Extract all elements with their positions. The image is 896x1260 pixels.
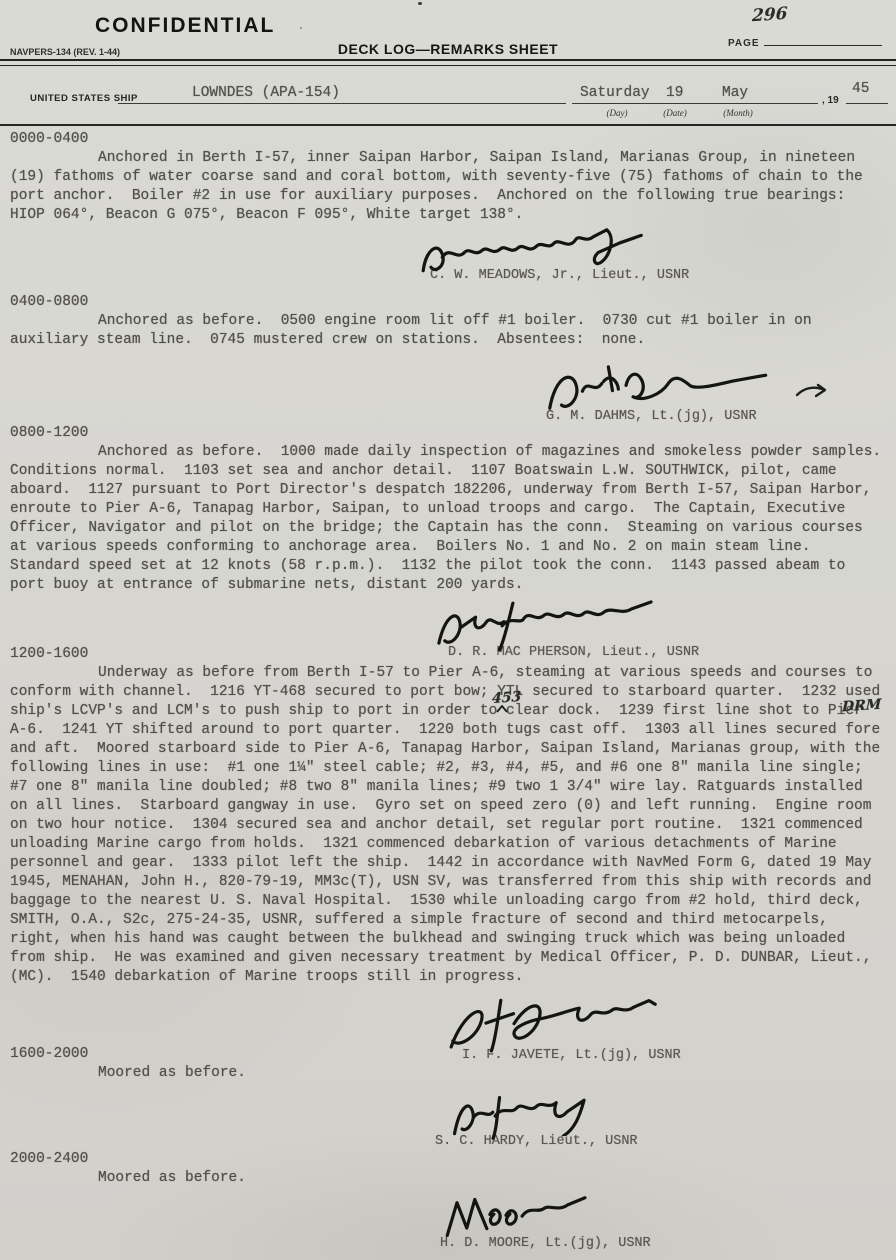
date-month: May	[722, 84, 748, 103]
header-bottom-rule	[0, 124, 896, 126]
entry-time-range: 1200-1600	[10, 645, 882, 664]
entry-text: Underway as before from Berth I-57 to Pi…	[10, 664, 882, 987]
log-entry: 1600-2000 Moored as before. S. C. HARDY,…	[10, 1045, 882, 1151]
signature-block: H. D. MOORE, Lt.(jg), USNR	[440, 1190, 882, 1253]
entry-text: Anchored as before. 0500 engine room lit…	[10, 312, 882, 350]
day-sublabel: (Day)	[572, 108, 662, 118]
signature-block: G. M. DAHMS, Lt.(jg), USNR	[540, 354, 882, 426]
entry-time-range: 1600-2000	[10, 1045, 882, 1064]
log-entry: 2000-2400 Moored as before. H. D. MOORE,…	[10, 1150, 882, 1253]
log-entry: 0000-0400 Anchored in Berth I-57, inner …	[10, 130, 882, 285]
log-entry: 0800-1200 Anchored as before. 1000 made …	[10, 424, 882, 662]
log-entry: 0400-0800 Anchored as before. 0500 engin…	[10, 293, 882, 426]
handwritten-initials: DRM	[842, 696, 882, 718]
entry-text: Anchored as before. 1000 made daily insp…	[10, 443, 882, 595]
signature-block: S. C. HARDY, Lieut., USNR	[445, 1087, 882, 1151]
year-prefix: , 19	[822, 95, 839, 106]
entry-time-range: 0800-1200	[10, 424, 882, 443]
handwritten-page-number: 296	[752, 4, 788, 27]
scan-speck	[418, 2, 422, 5]
entry-text: Moored as before.	[10, 1169, 882, 1188]
scan-speck	[300, 27, 302, 29]
date-sublabel: (Date)	[650, 108, 700, 118]
form-title: DECK LOG—REMARKS SHEET	[0, 41, 896, 57]
entry-time-range: 0400-0800	[10, 293, 882, 312]
date-day: Saturday	[580, 84, 650, 103]
entry-time-range: 2000-2400	[10, 1150, 882, 1169]
log-entry: 1200-1600 Underway as before from Berth …	[10, 645, 882, 1065]
signature-block: C. W. MEADOWS, Jr., Lieut., USNR	[418, 227, 882, 285]
ship-name: LOWNDES (APA-154)	[192, 84, 340, 103]
caret-mark	[496, 705, 508, 713]
date-date: 19	[666, 84, 683, 103]
header-double-rule	[0, 59, 896, 66]
entry-text: Anchored in Berth I-57, inner Saipan Har…	[10, 149, 882, 225]
entry-time-range: 0000-0400	[10, 130, 882, 149]
classification-stamp: CONFIDENTIAL	[95, 14, 275, 38]
date-year: 45	[852, 80, 869, 99]
ship-name-rule	[118, 86, 566, 104]
entry-text: Moored as before.	[10, 1064, 882, 1083]
month-sublabel: (Month)	[706, 108, 770, 118]
